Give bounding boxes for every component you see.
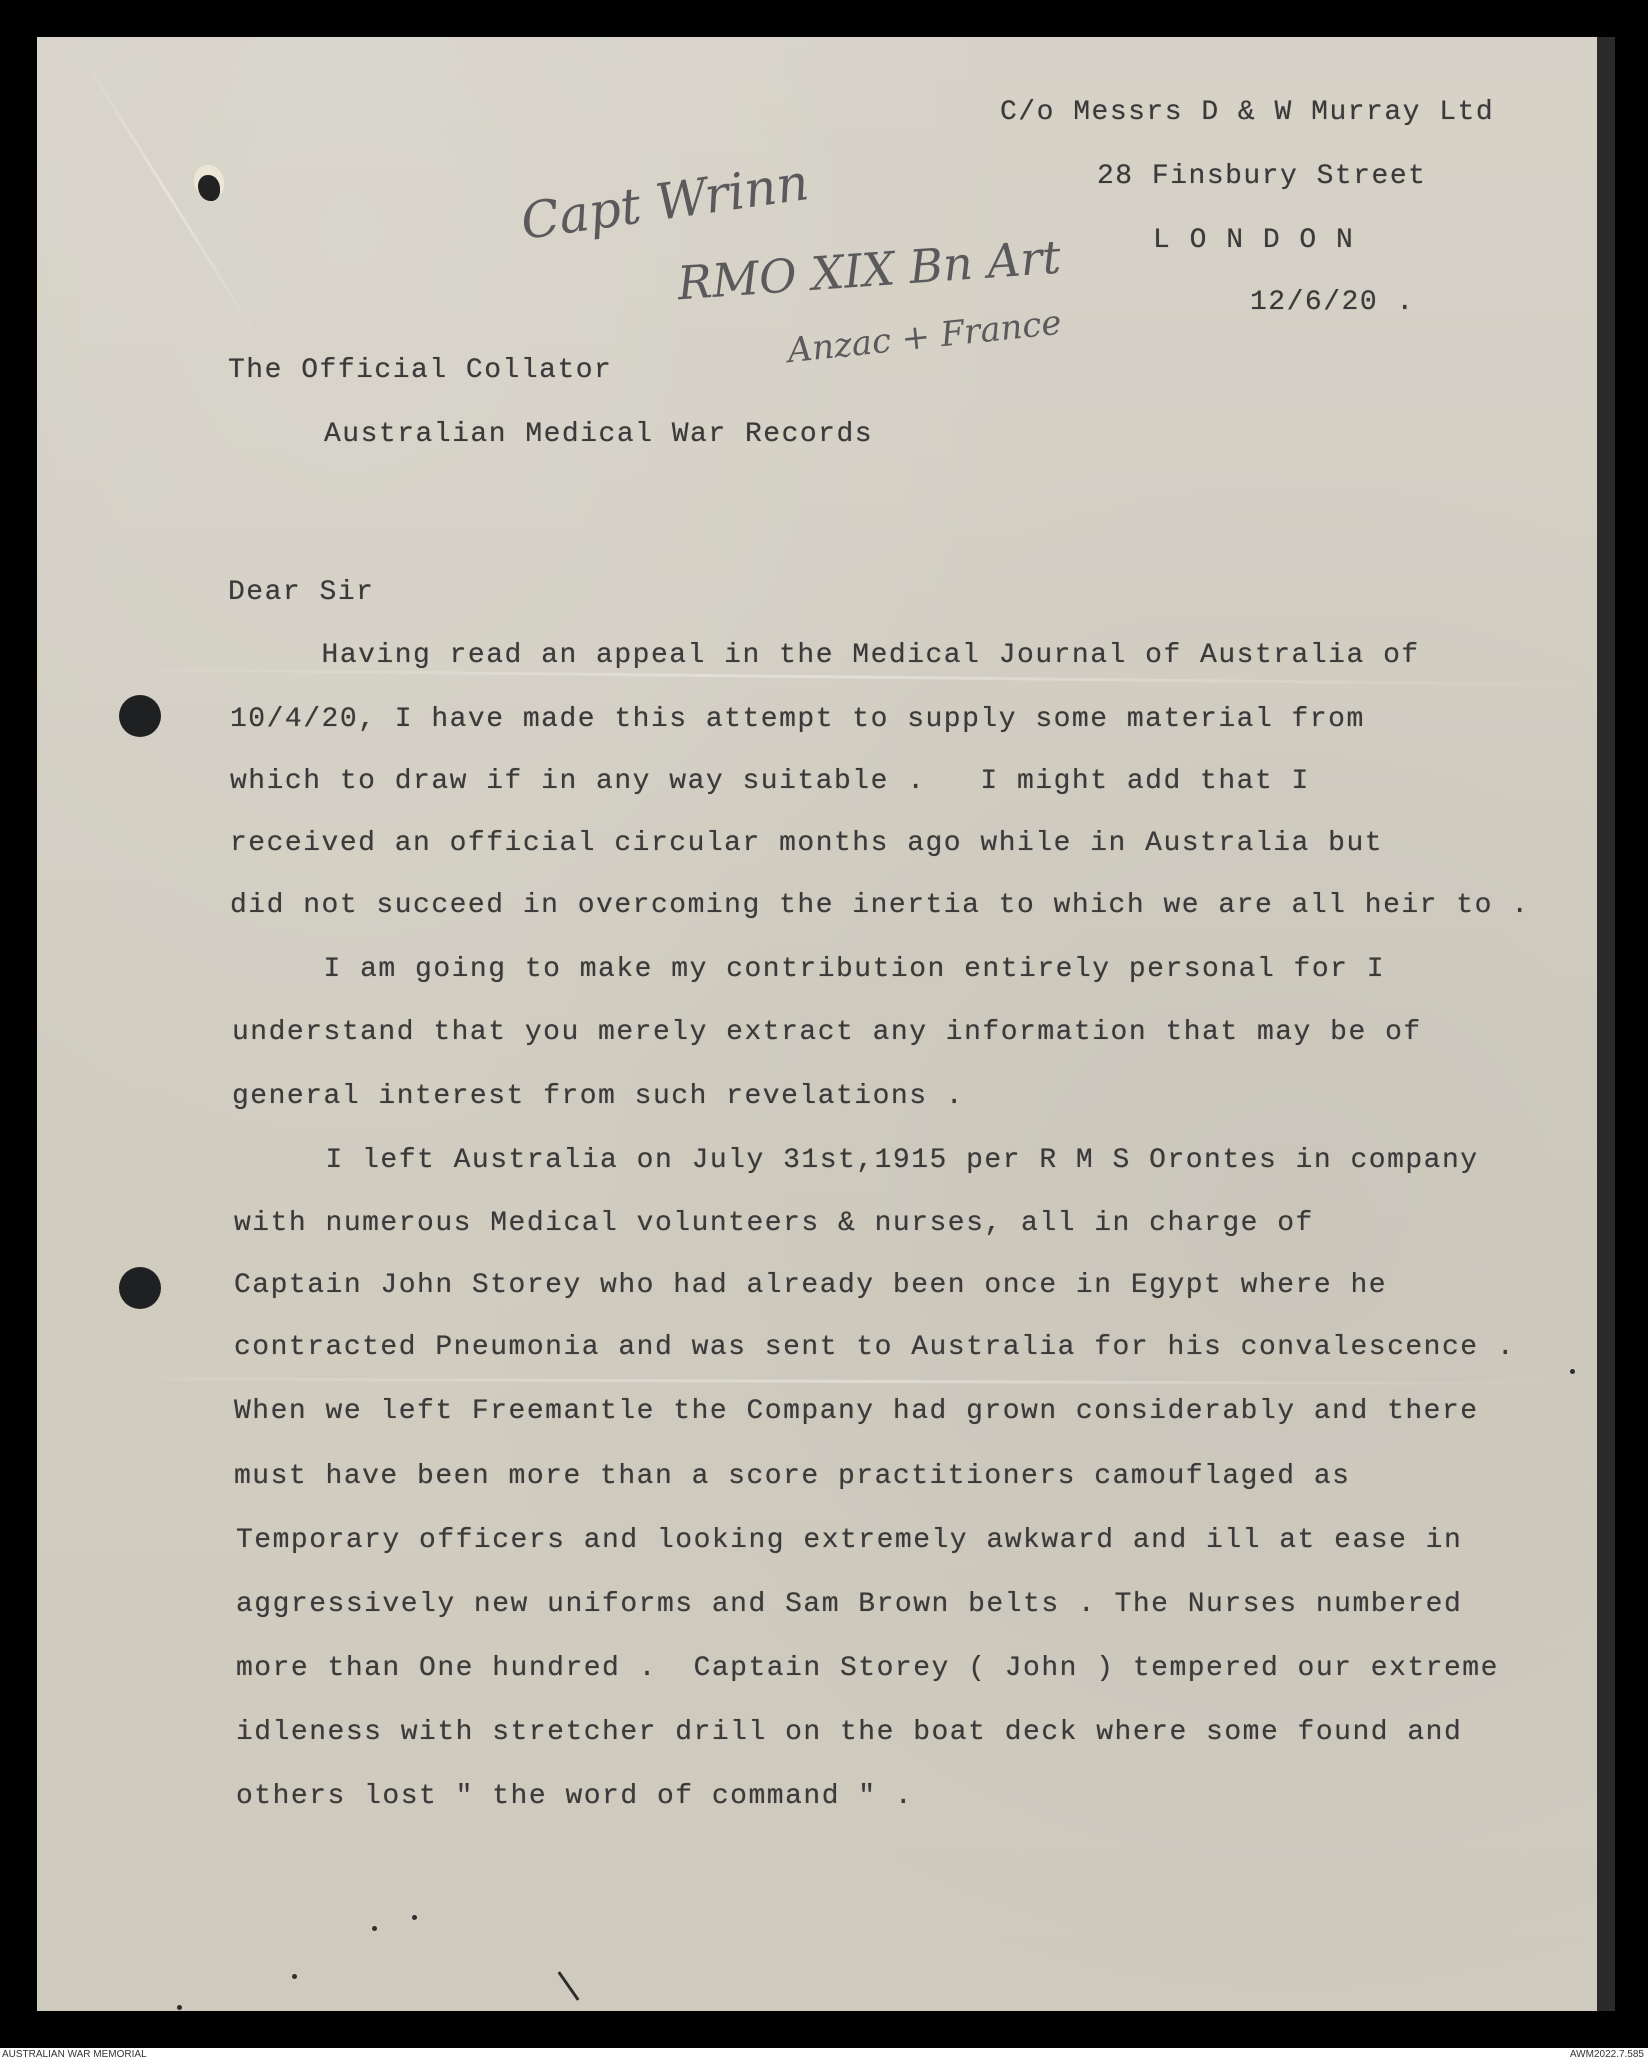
ink-speck <box>177 2005 182 2010</box>
handwritten-annotation-line-1: Capt Wrinn <box>518 157 812 247</box>
ink-speck <box>1570 1369 1575 1374</box>
salutation: Dear Sir <box>228 579 374 607</box>
sender-city: L O N D O N <box>1153 227 1354 255</box>
body-line: 10/4/20, I have made this attempt to sup… <box>230 706 1365 734</box>
body-line: contracted Pneumonia and was sent to Aus… <box>234 1334 1515 1362</box>
letter-page: C/o Messrs D & W Murray Ltd 28 Finsbury … <box>37 37 1615 2011</box>
recipient-line-2: Australian Medical War Records <box>324 421 873 449</box>
body-line: When we left Freemantle the Company had … <box>234 1398 1479 1426</box>
body-line: others lost " the word of command " . <box>236 1783 913 1811</box>
ink-speck <box>372 1926 377 1931</box>
paper-crease <box>76 48 259 338</box>
body-line: received an official circular months ago… <box>230 830 1383 858</box>
body-line: idleness with stretcher drill on the boa… <box>236 1719 1462 1747</box>
punch-hole-top <box>119 695 161 737</box>
handwritten-annotation-line-3: Anzac + France <box>786 306 1063 369</box>
body-line: general interest from such revelations . <box>232 1083 964 1111</box>
body-line: with numerous Medical volunteers & nurse… <box>234 1210 1314 1238</box>
ink-speck <box>292 1974 297 1979</box>
accession-number: AWM2022.7.585 <box>1570 2048 1644 2061</box>
handwritten-annotation-line-2: RMO XIX Bn Art <box>676 234 1062 307</box>
body-line: which to draw if in any way suitable . I… <box>230 768 1310 796</box>
body-line: did not succeed in overcoming the inerti… <box>230 892 1530 920</box>
punch-hole-bottom <box>119 1267 161 1309</box>
institution-name: AUSTRALIAN WAR MEMORIAL <box>2 2048 147 2061</box>
body-line: aggressively new uniforms and Sam Brown … <box>236 1591 1462 1619</box>
torn-hole <box>198 175 220 201</box>
body-line: I am going to make my contribution entir… <box>232 956 1385 984</box>
body-line: I left Australia on July 31st,1915 per R… <box>234 1147 1479 1175</box>
body-line: more than One hundred . Captain Storey (… <box>236 1655 1499 1683</box>
archive-caption-strip: AUSTRALIAN WAR MEMORIAL AWM2022.7.585 <box>0 2048 1648 2061</box>
letter-date: 12/6/20 . <box>1250 289 1415 317</box>
paper-crease <box>37 1377 1605 1385</box>
body-line: must have been more than a score practit… <box>234 1463 1350 1491</box>
body-line: Temporary officers and looking extremely… <box>236 1527 1462 1555</box>
body-line: understand that you merely extract any i… <box>232 1019 1422 1047</box>
body-line: Having read an appeal in the Medical Jou… <box>230 642 1420 670</box>
ink-speck <box>412 1915 417 1920</box>
pen-stroke-mark <box>558 1971 580 2001</box>
recipient-line-1: The Official Collator <box>228 357 612 385</box>
sender-address-line-1: C/o Messrs D & W Murray Ltd <box>1000 99 1494 127</box>
sender-address-line-2: 28 Finsbury Street <box>1097 163 1426 191</box>
body-line: Captain John Storey who had already been… <box>234 1272 1387 1300</box>
